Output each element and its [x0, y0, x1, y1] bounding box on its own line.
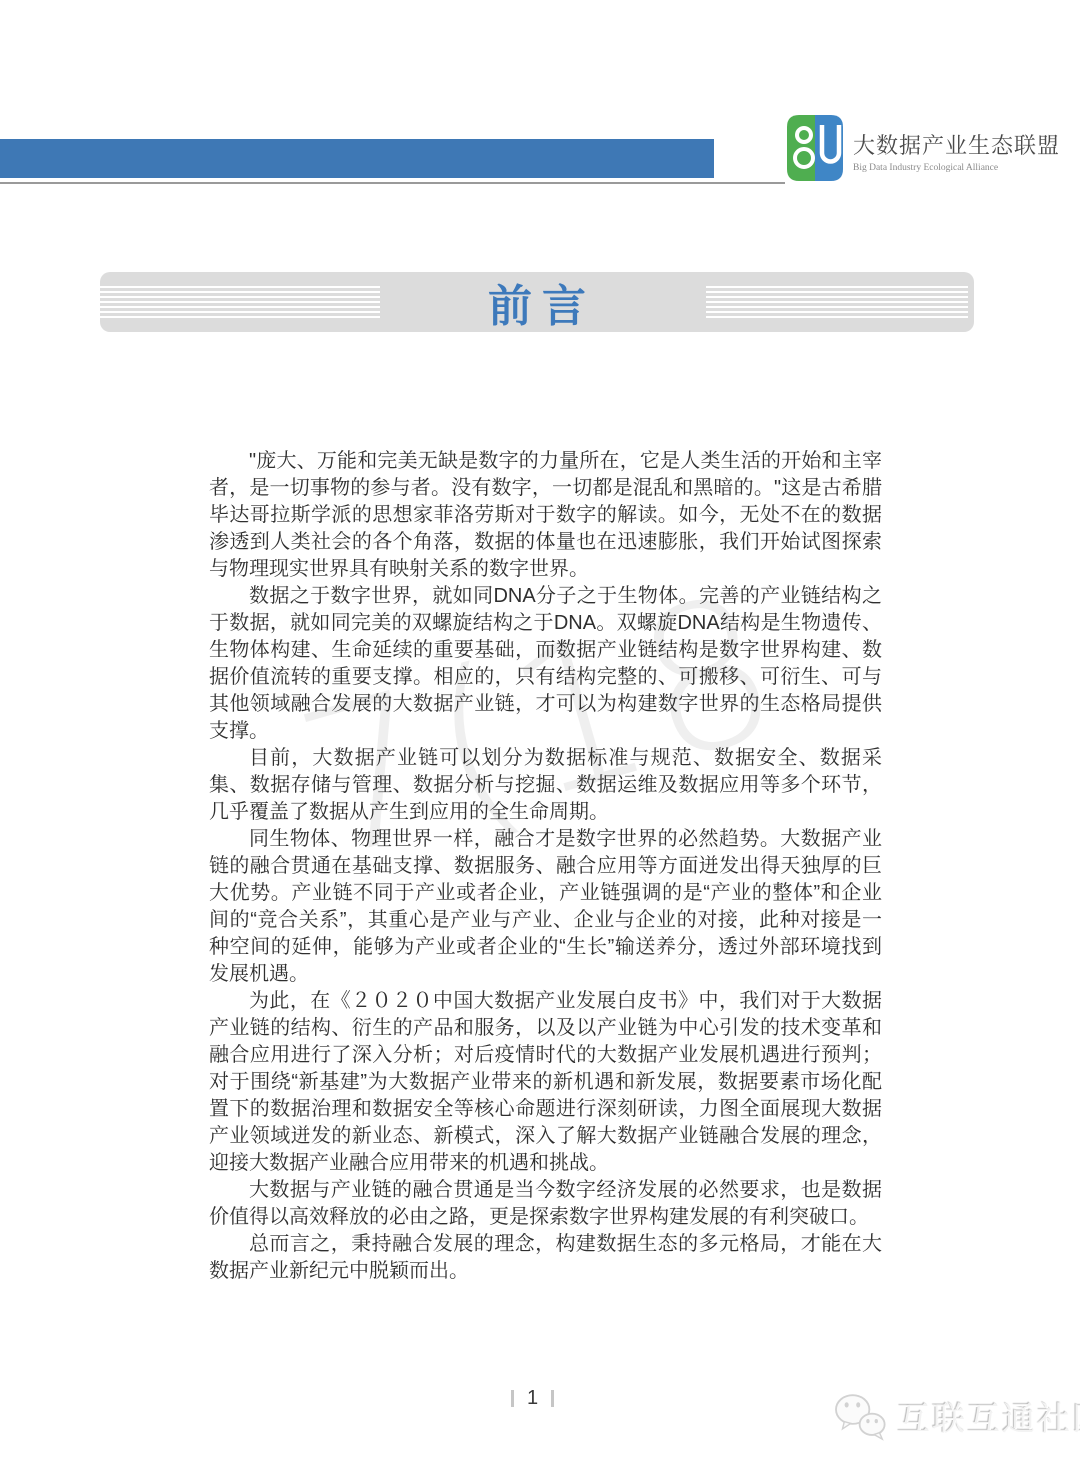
body-paragraph: 为此，在《２０２０中国大数据产业发展白皮书》中，我们对于大数据产业链的结构、衍生… [209, 988, 882, 1177]
body-paragraph: 数据之于数字世界，就如同DNA分子之于生物体。完善的产业链结构之于数据，就如同完… [209, 583, 882, 745]
page-title: 前言 [100, 272, 974, 332]
community-watermark-text: 互联互通社区 [897, 1393, 1080, 1440]
body-paragraph: 大数据与产业链的融合贯通是当今数字经济发展的必然要求，也是数据价值得以高效释放的… [209, 1177, 882, 1231]
title-band: 前言 [100, 272, 974, 332]
bd-logo-icon [785, 113, 845, 183]
document-page: 大数据产业生态联盟 Big Data Industry Ecological A… [0, 0, 1080, 1466]
logo-name-en: Big Data Industry Ecological Alliance [853, 163, 1060, 173]
preface-body: "庞大、万能和完美无缺是数字的力量所在，它是人类生活的开始和主宰者，是一切事物的… [209, 448, 882, 1285]
page-number-marker: 1 [511, 1387, 554, 1410]
community-watermark: 互联互通社区 [833, 1391, 1080, 1441]
body-paragraph: 目前，大数据产业链可以划分为数据标准与规范、数据安全、数据采集、数据存储与管理、… [209, 745, 882, 826]
wechat-icon [833, 1391, 889, 1441]
alliance-logo: 大数据产业生态联盟 Big Data Industry Ecological A… [785, 113, 1060, 185]
page-number: 1 [527, 1387, 538, 1410]
header-blue-bar [0, 139, 714, 178]
body-paragraph: "庞大、万能和完美无缺是数字的力量所在，它是人类生活的开始和主宰者，是一切事物的… [209, 448, 882, 583]
page-number-tick-right [551, 1390, 554, 1407]
page-number-tick-left [511, 1390, 514, 1407]
logo-text-block: 大数据产业生态联盟 Big Data Industry Ecological A… [853, 113, 1060, 173]
logo-name-cn: 大数据产业生态联盟 [853, 129, 1060, 160]
body-paragraph: 同生物体、物理世界一样，融合才是数字世界的必然趋势。大数据产业链的融合贯通在基础… [209, 826, 882, 988]
body-paragraph: 总而言之，秉持融合发展的理念，构建数据生态的多元格局，才能在大数据产业新纪元中脱… [209, 1231, 882, 1285]
